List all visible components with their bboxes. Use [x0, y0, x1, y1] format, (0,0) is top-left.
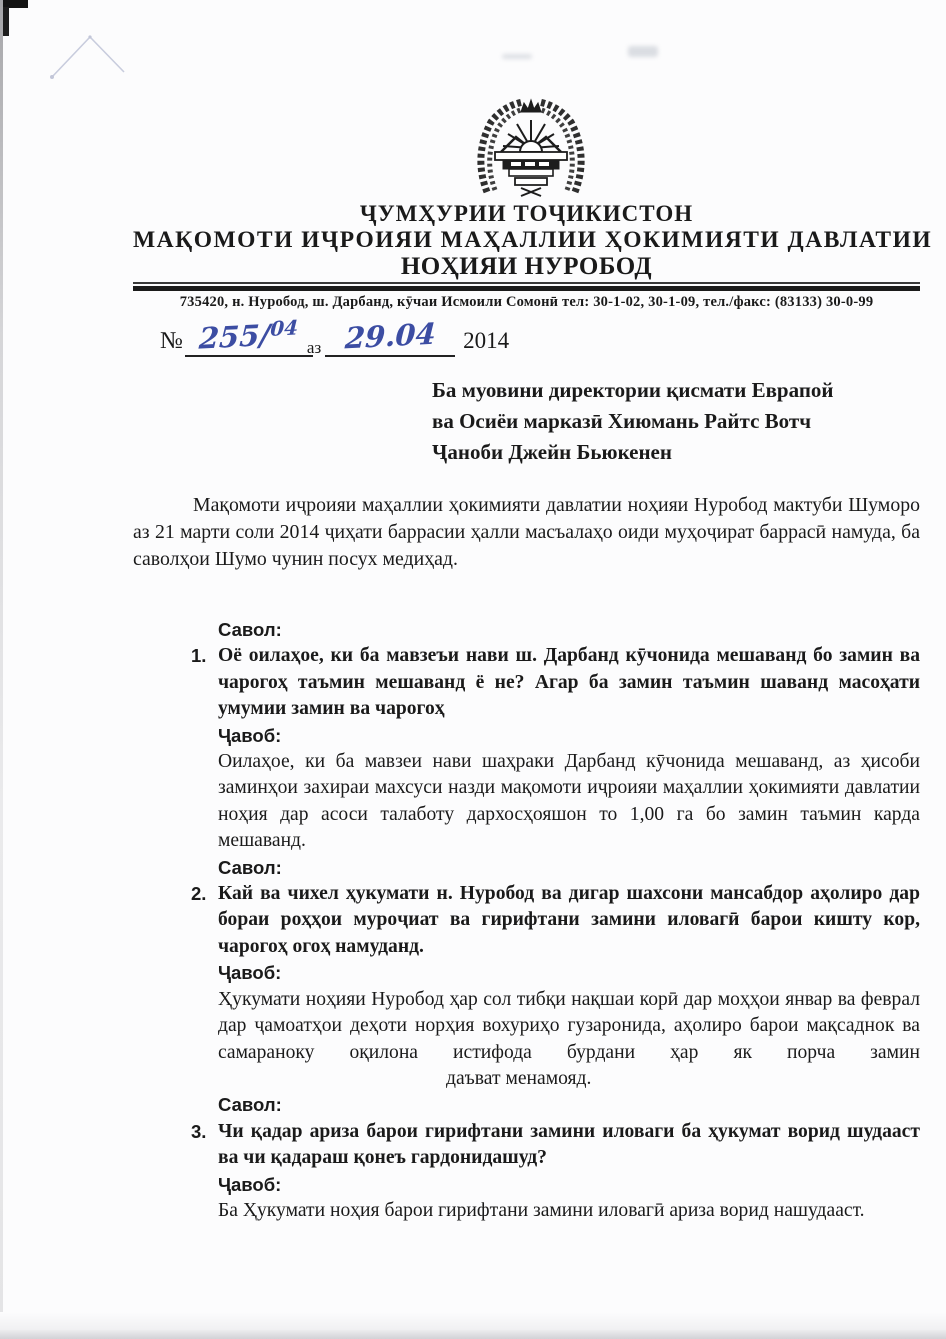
answer-label: Ҷавоб:	[218, 960, 920, 986]
question-text: Оё оилаҳое, ки ба мавзеъи нави ш. Дарбан…	[218, 645, 920, 719]
scan-bottom-band	[0, 1330, 946, 1339]
question-number: 1.	[191, 643, 206, 669]
addressee-block: Ба муовини директории қисмати Еврапой ва…	[432, 375, 922, 468]
question-number: 3.	[191, 1119, 206, 1145]
question-item: 1. Оё оилаҳое, ки ба мавзеъи нави ш. Дар…	[133, 643, 920, 722]
letterhead-country: ҶУМҲУРИИ ТОҶИКИСТОН	[133, 201, 920, 227]
letterhead-district: НОҲИЯИ НУРОБОД	[133, 253, 920, 281]
reference-number-underline: 255/04	[185, 320, 313, 357]
letterhead-rule-thin	[133, 282, 920, 284]
scan-bottom-shade	[0, 1312, 946, 1330]
number-sign: №	[160, 328, 183, 354]
question-label: Савол:	[218, 1092, 920, 1118]
answer-label: Ҷавоб:	[218, 723, 920, 749]
az-label: аз	[307, 338, 321, 357]
letterhead-rule-thick	[133, 286, 920, 291]
answer-label: Ҷавоб:	[218, 1172, 920, 1198]
reference-date-underline: 29.04	[325, 321, 455, 357]
reference-line: №255/04аз29.042014	[160, 320, 509, 366]
intro-paragraph: Мақомоти иҷроияи маҳаллии ҳокимияти давл…	[133, 492, 920, 572]
question-item: 3. Чи қадар ариза барои гирифтани замини…	[133, 1119, 920, 1172]
answer-text: Ба Ҳукумати ноҳия барои гирифтани замини…	[133, 1198, 920, 1224]
scan-smudge	[502, 54, 532, 59]
scan-corner-mark	[3, 7, 9, 36]
pencil-check-mark	[40, 28, 135, 88]
question-text: Чи қадар ариза барои гирифтани замини ил…	[218, 1121, 920, 1168]
reference-year: 2014	[463, 328, 509, 353]
qa-section: Савол: 1. Оё оилаҳое, ки ба мавзеъи нави…	[133, 617, 920, 1224]
letterhead-organization: МАҚОМОТИ ИҶРОИЯИ МАҲАЛЛИИ ҲОКИМИЯТИ ДАВЛ…	[133, 227, 920, 254]
answer-text: Ҳукумати ноҳияи Нуробод ҳар сол тибқи на…	[133, 987, 920, 1093]
addressee-line: Ба муовини директории қисмати Еврапой	[432, 375, 922, 406]
handwritten-reference-date: 29.04	[344, 317, 436, 356]
answer-text: Оилаҳое, ки ба мавзеи нави шаҳраки Дарба…	[133, 749, 920, 855]
scanned-letter-page: ҶУМҲУРИИ ТОҶИКИСТОН МАҚОМОТИ ИҶРОИЯИ МАҲ…	[0, 0, 946, 1339]
addressee-line: ва Осиёи марказӣ Хиюмань Райтс Вотч	[432, 406, 922, 437]
handwritten-reference-number: 255/04	[199, 315, 300, 355]
question-item: 2. Кай ва чихел ҳукумати н. Нуробод ва д…	[133, 881, 920, 960]
question-number: 2.	[191, 881, 206, 907]
question-text: Кай ва чихел ҳукумати н. Нуробод ва дига…	[218, 883, 920, 957]
scan-edge-strip	[0, 0, 3, 1339]
tajikistan-state-emblem-icon	[465, 96, 597, 204]
addressee-line: Ҷаноби Джейн Бьюкенен	[432, 437, 922, 468]
scan-smudge	[628, 46, 658, 57]
letterhead-address: 735420, н. Нуробод, ш. Дарбанд, кӯчаи Ис…	[133, 294, 920, 311]
question-label: Савол:	[218, 855, 920, 881]
question-label: Савол:	[218, 617, 920, 643]
